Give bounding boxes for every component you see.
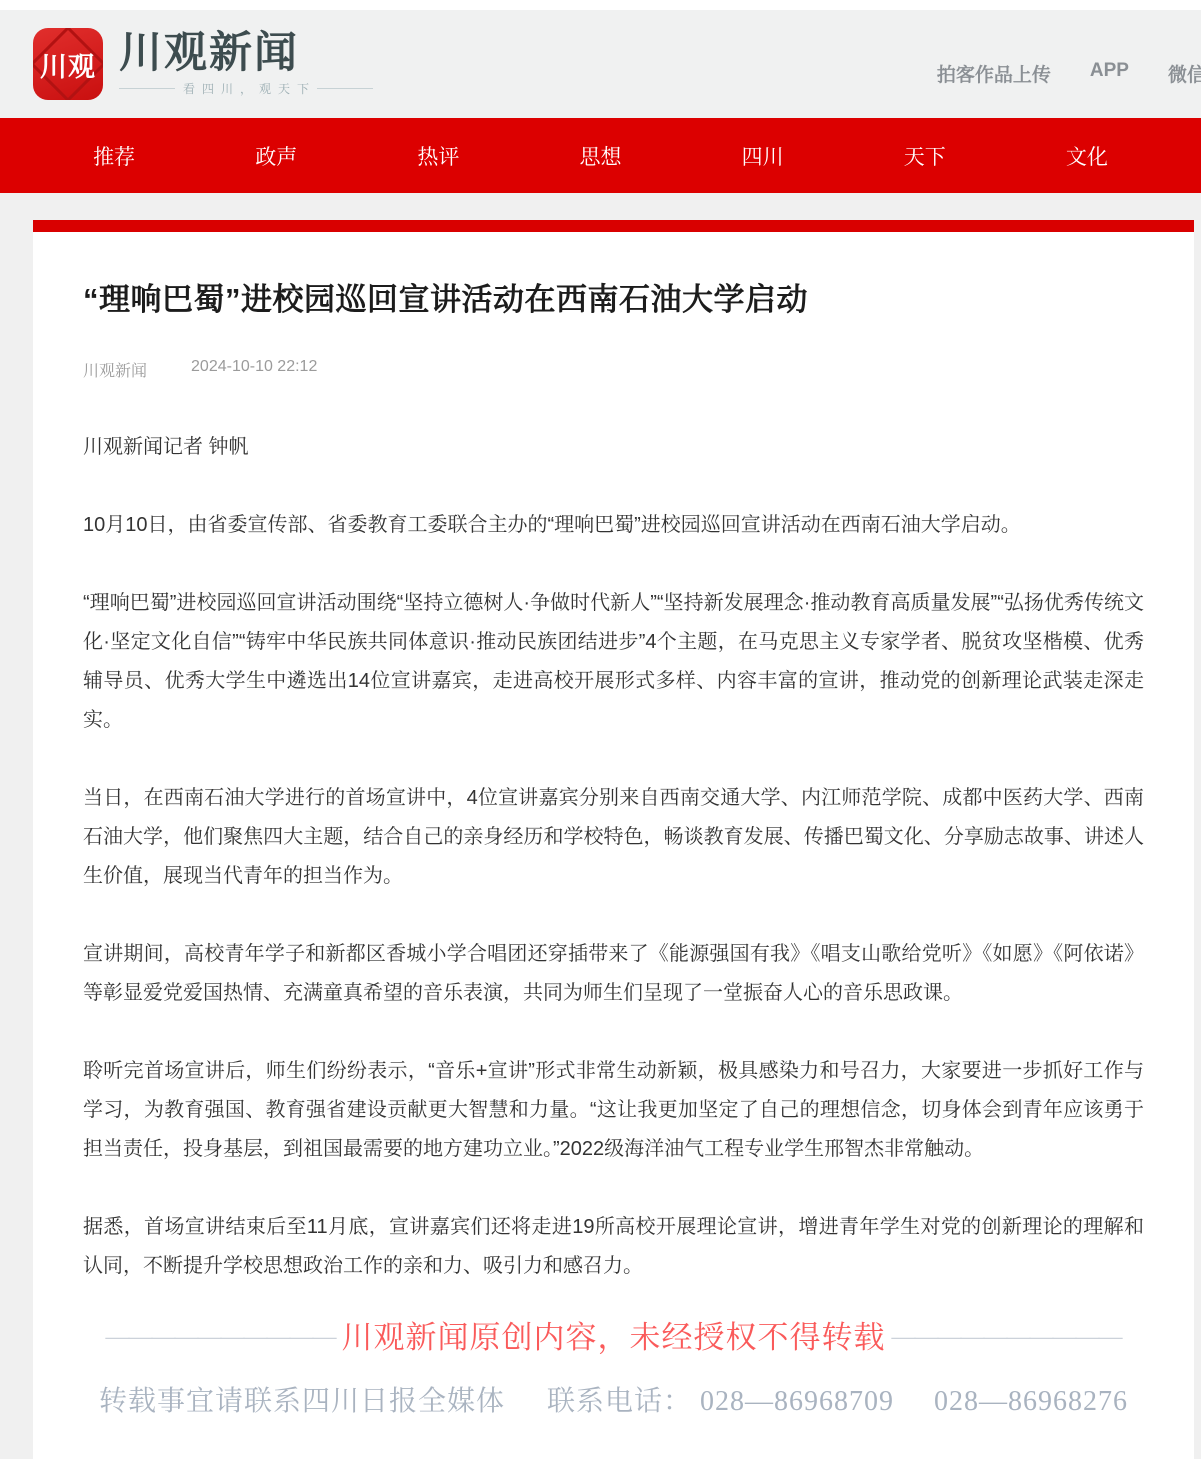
logo-badge-text: 川观 — [40, 45, 96, 84]
tagline-line-left — [119, 88, 175, 89]
upload-works-link[interactable]: 拍客作品上传 — [937, 60, 1051, 87]
site-header: 川观 川观新闻 看四川，观天下 拍客作品上传 APP 微信 — [0, 10, 1201, 118]
article-body: “理响巴蜀”进校园巡回宣讲活动在西南石油大学启动 川观新闻 2024-10-10… — [33, 232, 1194, 1459]
tagline-text: 看四川，观天下 — [183, 80, 316, 97]
article-card: “理响巴蜀”进校园巡回宣讲活动在西南石油大学启动 川观新闻 2024-10-10… — [33, 220, 1194, 1459]
notice-dash-left: —————————— — [106, 1324, 336, 1350]
app-link[interactable]: APP — [1090, 60, 1129, 87]
phone-number-2: 028—86968276 — [934, 1386, 1128, 1417]
phone-label: 联系电话： — [547, 1386, 692, 1417]
article-paragraph: “理响巴蜀”进校园巡回宣讲活动围绕“坚持立德树人·争做时代新人”“坚持新发展理念… — [83, 584, 1144, 740]
article-paragraph: 聆听完首场宣讲后，师生们纷纷表示，“音乐+宣讲”形式非常生动新颖，极具感染力和号… — [83, 1052, 1144, 1169]
nav-item-politics[interactable]: 政声 — [255, 141, 297, 171]
site-logo[interactable]: 川观 — [33, 28, 103, 100]
article-title: “理响巴蜀”进校园巡回宣讲活动在西南石油大学启动 — [83, 280, 1144, 320]
site-name[interactable]: 川观新闻 — [119, 31, 373, 77]
top-strip — [0, 0, 1201, 10]
wechat-link[interactable]: 微信 — [1168, 60, 1201, 87]
nav-item-world[interactable]: 天下 — [904, 141, 946, 171]
copyright-notice-text: 川观新闻原创内容，未经授权不得转载 — [342, 1320, 886, 1355]
header-links: 拍客作品上传 APP 微信 — [937, 60, 1201, 87]
article-paragraph: 据悉，首场宣讲结束后至11月底，宣讲嘉宾们还将走进19所高校开展理论宣讲，增进青… — [83, 1208, 1144, 1286]
article-paragraph: 当日，在西南石油大学进行的首场宣讲中，4位宣讲嘉宾分别来自西南交通大学、内江师范… — [83, 779, 1144, 896]
nav-item-sichuan[interactable]: 四川 — [742, 141, 784, 171]
main-nav-inner: 推荐 政声 热评 思想 四川 天下 文化 — [33, 118, 1168, 193]
article-paragraph: 10月10日，由省委宣传部、省委教育工委联合主办的“理响巴蜀”进校园巡回宣讲活动… — [83, 506, 1144, 545]
article-text: 川观新闻记者 钟帆 10月10日，由省委宣传部、省委教育工委联合主办的“理响巴蜀… — [83, 428, 1144, 1286]
copyright-notice: ——————————川观新闻原创内容，未经授权不得转载—————————— — [83, 1312, 1144, 1357]
contact-info: 转载事宜请联系四川日报全媒体 联系电话： 028—86968709 028—86… — [83, 1379, 1144, 1419]
brand-block: 川观新闻 看四川，观天下 — [119, 31, 373, 97]
nav-item-thought[interactable]: 思想 — [579, 141, 621, 171]
article-paragraph-reporter: 川观新闻记者 钟帆 — [83, 428, 1144, 467]
article-paragraph: 宣讲期间，高校青年学子和新都区香城小学合唱团还穿插带来了《能源强国有我》《唱支山… — [83, 935, 1144, 1013]
nav-item-recommend[interactable]: 推荐 — [93, 141, 135, 171]
main-nav: 推荐 政声 热评 思想 四川 天下 文化 — [0, 118, 1201, 193]
nav-gap — [0, 193, 1201, 220]
site-tagline: 看四川，观天下 — [119, 80, 373, 97]
card-top-stripe — [33, 220, 1194, 232]
tagline-line-right — [317, 88, 373, 89]
phone-number-1: 028—86968709 — [700, 1386, 894, 1417]
reprint-contact-text: 转载事宜请联系四川日报全媒体 — [99, 1386, 505, 1417]
nav-item-hot-comment[interactable]: 热评 — [417, 141, 459, 171]
notice-dash-right: —————————— — [892, 1324, 1122, 1350]
article-source: 川观新闻 — [83, 358, 147, 381]
nav-item-culture[interactable]: 文化 — [1066, 141, 1108, 171]
article-byline: 川观新闻 2024-10-10 22:12 — [83, 358, 1144, 381]
article-timestamp: 2024-10-10 22:12 — [191, 358, 317, 381]
